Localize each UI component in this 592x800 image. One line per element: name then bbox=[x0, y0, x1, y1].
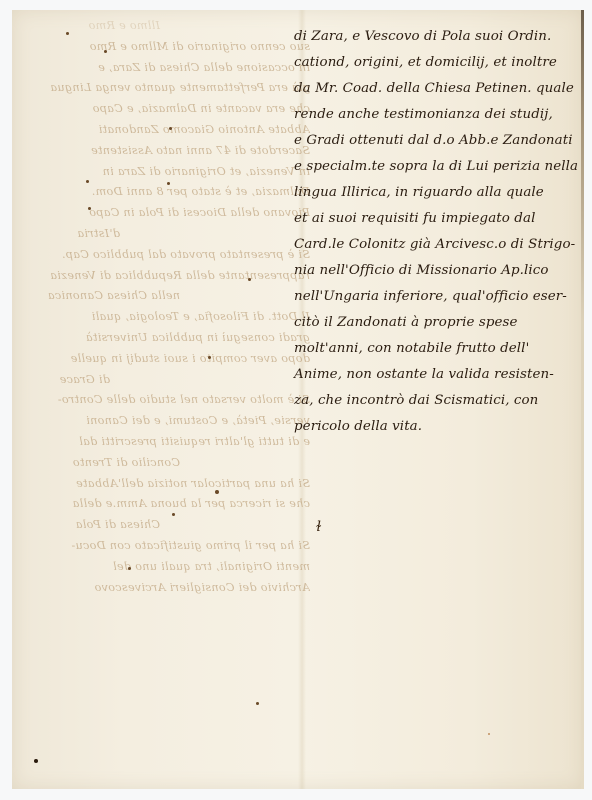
bleed-line: di Grace bbox=[20, 370, 310, 391]
bleed-line: dopo aver compito i suoi studij in quell… bbox=[20, 349, 310, 370]
bleed-line: gradi conseguì in pubblica Università bbox=[20, 328, 310, 349]
ink-spot bbox=[256, 702, 259, 705]
paper-sheet: Illmo e Rmo suo cenno originario di Mllm… bbox=[12, 10, 584, 789]
manuscript-line: e specialm.te sopra la di Lui perizia ne… bbox=[294, 154, 584, 180]
bleed-line: versie, Pietà, e Costumi, e dei Canoni bbox=[20, 411, 310, 432]
bleed-line: menti Originali, tra quali uno del bbox=[20, 557, 310, 578]
manuscript-line: pericolo della vita. bbox=[294, 414, 584, 440]
manuscript-line: e Gradi ottenuti dal d.o Abb.e Zandonati bbox=[294, 128, 584, 154]
manuscript-line: di Zara, e Vescovo di Pola suoi Ordin. bbox=[294, 24, 584, 50]
manuscript-line: cationd, origini, et domicilij, et inolt… bbox=[294, 50, 584, 76]
recto-handwritten-text: di Zara, e Vescovo di Pola suoi Ordin. c… bbox=[294, 24, 584, 440]
manuscript-line: citò il Zandonati à proprie spese bbox=[294, 310, 584, 336]
manuscript-line: Card.le Colonitz già Arcivesc.o di Strig… bbox=[294, 232, 584, 258]
marginal-ink-mark: ɫ bbox=[316, 519, 321, 535]
bleed-through-text: Illmo e Rmo suo cenno originario di Mllm… bbox=[20, 16, 310, 598]
ink-spot bbox=[208, 356, 211, 359]
manuscript-line: nia nell'Officio di Missionario Ap.lico bbox=[294, 258, 584, 284]
bleed-line: nella Chiesa Canonica bbox=[20, 286, 310, 307]
bleed-line: Il Dott. di Filosofia, e Teologia, quali bbox=[20, 307, 310, 328]
bleed-line: Dalmazia, et è stato per 8 anni Dom. bbox=[20, 182, 310, 203]
manuscript-line: Anime, non ostante la valida resisten- bbox=[294, 362, 584, 388]
bleed-line: d'Istria bbox=[20, 224, 310, 245]
bleed-line: suo cenno originario di Mllmo e Rmo bbox=[20, 37, 310, 58]
manuscript-line: rende anche testimonianza dei studij, bbox=[294, 102, 584, 128]
ink-spot bbox=[104, 50, 107, 53]
bleed-line: rappresentante della Repubblica di Venez… bbox=[20, 266, 310, 287]
ink-spot bbox=[169, 127, 172, 130]
bleed-line: e di tutti gl'altri requisiti prescritti… bbox=[20, 432, 310, 453]
ink-spot bbox=[88, 207, 91, 210]
bleed-line: Si è presentato provato dal pubblico Cap… bbox=[20, 245, 310, 266]
ink-spot bbox=[215, 490, 219, 494]
bleed-line: Si ha per il primo giustificato con Docu… bbox=[20, 536, 310, 557]
bleed-line: che era vacante in Dalmazia, e Capo bbox=[20, 99, 310, 120]
bleed-line: in Venezia, et Originario di Zara in bbox=[20, 162, 310, 183]
bleed-line: Si è molto versato nel studio delle Cont… bbox=[20, 390, 310, 411]
ink-spot bbox=[488, 733, 490, 735]
manuscript-line: nell'Ungaria inferiore, qual'officio ese… bbox=[294, 284, 584, 310]
bleed-line: Si ha una particolar notizia dell'Abbate bbox=[20, 474, 310, 495]
manuscript-line: za, che incontrò dai Scismatici, con bbox=[294, 388, 584, 414]
manuscript-line: molt'anni, con notabile frutto dell' bbox=[294, 336, 584, 362]
bleed-line: che si ricerca per la buona Amm.e della bbox=[20, 494, 310, 515]
bleed-line: in occasione della Chiesa di Zara, e bbox=[20, 58, 310, 79]
ink-spot bbox=[167, 182, 170, 185]
scanned-manuscript: Illmo e Rmo suo cenno originario di Mllm… bbox=[0, 0, 592, 800]
bleed-line: Chiesa di Pola bbox=[20, 515, 310, 536]
ink-spot bbox=[248, 278, 251, 281]
manuscript-line: lingua Illirica, in riguardo alla quale bbox=[294, 180, 584, 206]
bleed-line: Concilio di Trento bbox=[20, 453, 310, 474]
ink-spot bbox=[34, 759, 38, 763]
bleed-line: Sacerdote di 47 anni nato Assistente bbox=[20, 141, 310, 162]
ink-spot bbox=[86, 180, 89, 183]
bleed-line: Illmo e Rmo bbox=[20, 16, 310, 37]
bleed-line: già era Perfettamente quanto venga Lingu… bbox=[20, 78, 310, 99]
manuscript-line: da Mr. Coad. della Chiesa Petinen. quale bbox=[294, 76, 584, 102]
ink-spot bbox=[172, 513, 175, 516]
ink-spot bbox=[128, 567, 131, 570]
bleed-line: Abbate Antonio Giacomo Zandonati bbox=[20, 120, 310, 141]
ink-spot bbox=[66, 32, 69, 35]
manuscript-line: et ai suoi requisiti fu impiegato dal bbox=[294, 206, 584, 232]
bleed-line: Piovano della Diocesi di Pola in Capo bbox=[20, 203, 310, 224]
bleed-line: Archivio dei Consiglieri Arcivescovo bbox=[20, 578, 310, 599]
